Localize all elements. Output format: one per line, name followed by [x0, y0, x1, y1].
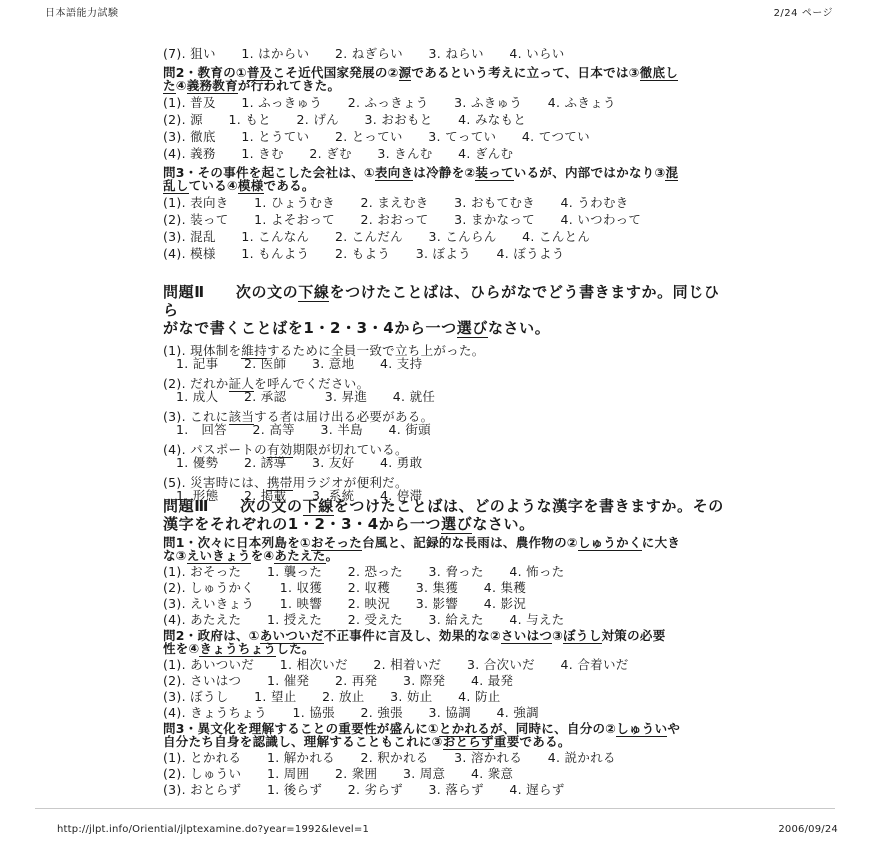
text-run: 問題Ⅱ 次の文の	[163, 283, 298, 301]
underlined-word: 装って	[475, 165, 513, 181]
underlined-word: 表向き	[375, 165, 413, 181]
text-run: 対策の必要	[602, 628, 666, 643]
footer-divider	[35, 808, 835, 809]
underlined-word: 徹底し	[640, 65, 678, 81]
text-run: や	[667, 721, 680, 736]
question-options-line: (2). しゅうい 1. 周囲 2. 衆囲 3. 周意 4. 衆意	[163, 767, 729, 780]
text-run: (1). とかれる 1. 解かれる 2. 釈かれる 3. 溶かれる 4. 説かれ…	[163, 750, 616, 765]
question-options-line: (3). おとらず 1. 後らず 2. 劣らず 3. 落らず 4. 遅らず	[163, 783, 729, 796]
text-run: がなで書くことばを1・2・3・4から一つ	[163, 319, 457, 337]
text-run: いるが、内部ではかなり③	[514, 165, 666, 180]
header-title: 日本語能力試験	[45, 4, 119, 19]
text-run: (3). 混乱 1. こんなん 2. こんだん 3. こんらん 4. こんとん	[163, 229, 590, 244]
underlined-word: しゅうかく	[578, 535, 642, 551]
text-run: (3). 徹底 1. とうてい 2. とってい 3. てってい 4. てつてい	[163, 129, 590, 144]
text-run: 。	[326, 548, 339, 563]
text-run: (2). 装って 1. よそおって 2. おおって 3. まかなって 4. いつ…	[163, 212, 641, 227]
question-options-line: (3). 徹底 1. とうてい 2. とってい 3. てってい 4. てつてい	[163, 130, 729, 143]
text-run: ④	[176, 78, 187, 93]
question-stem-line: 性を④きょうちょうした。	[163, 642, 729, 655]
text-run: (1). 普及 1. ふっきゅう 2. ふっきょう 3. ふきゅう 4. ふきょ…	[163, 95, 616, 110]
document-page: 日本語能力試験 2/24 ページ (7). 狙い 1. はからい 2. ねぎらい…	[0, 0, 870, 842]
question-options-line: (4). 義務 1. きむ 2. ぎむ 3. きんむ 4. ぎんむ	[163, 147, 729, 160]
text-run: (4). あたえた 1. 授えた 2. 受えた 3. 給えた 4. 与えた	[163, 612, 565, 627]
underlined-word: 下線	[298, 283, 329, 302]
section-heading: 漢字をそれぞれの1・2・3・4から一つ選びなさい。	[163, 515, 729, 533]
question-options-line: (4). きょうちょう 1. 協張 2. 強張 3. 協調 4. 強調	[163, 706, 729, 719]
text-run: (2). さいはつ 1. 催発 2. 再発 3. 際発 4. 最発	[163, 673, 513, 688]
text-run: (3). ぼうし 1. 望止 2. 放止 3. 妨止 4. 防止	[163, 689, 501, 704]
footer-date: 2006/09/24	[778, 824, 838, 835]
answer-options-line: 1. 優勢 2. 誘導 3. 友好 4. 勇敢	[163, 456, 729, 469]
text-run: に大き	[642, 535, 680, 550]
underlined-word: た	[163, 78, 176, 94]
underlined-word: 選び	[457, 319, 488, 338]
text-run: (1). 表向き 1. ひょうむき 2. まえむき 3. おもてむき 4. うわ…	[163, 195, 629, 210]
underlined-word: 選び	[441, 515, 472, 534]
question-stem-line: 乱している④模様である。	[163, 179, 729, 192]
text-run: 性を④	[163, 641, 199, 656]
section-mondai1-continued: (7). 狙い 1. はからい 2. ねぎらい 3. ねらい 4. いらい問2・…	[163, 43, 729, 260]
text-run: ている④	[189, 178, 238, 193]
section-heading: がなで書くことばを1・2・3・4から一つ選びなさい。	[163, 319, 729, 337]
text-run: 問題Ⅲ 次の文の	[163, 497, 303, 515]
answer-options-line: 1. 記事 2. 医師 3. 意地 4. 支持	[163, 357, 729, 370]
text-run: が行われてきた。	[238, 78, 340, 93]
text-run: 台風と、記録的な長雨は、農作物の②	[362, 535, 578, 550]
underlined-word: おとらず	[443, 734, 494, 750]
underlined-word: 混	[665, 165, 678, 181]
section-heading: 問題Ⅲ 次の文の下線をつけたことばは、どのような漢字を書きますか。その	[163, 497, 729, 515]
underlined-word: ぼうし	[563, 628, 601, 644]
section-mondai3: 問題Ⅲ 次の文の下線をつけたことばは、どのような漢字を書きますか。その漢字をそれ…	[163, 497, 729, 796]
text-run: 1. 記事 2. 医師 3. 意地 4. 支持	[176, 356, 422, 371]
text-run: な③	[163, 548, 187, 563]
text-run: (4). きょうちょう 1. 協張 2. 強張 3. 協調 4. 強調	[163, 705, 539, 720]
underlined-word: 源	[399, 65, 412, 81]
question-options-line: (1). とかれる 1. 解かれる 2. 釈かれる 3. 溶かれる 4. 説かれ…	[163, 751, 729, 764]
answer-options-line: 1. 成人 2. 承認 3. 昇進 4. 就任	[163, 390, 729, 403]
text-run: をつけたことばは、どのような漢字を書きますか。その	[334, 497, 724, 515]
text-run: した。	[276, 641, 314, 656]
text-run: 重要である。	[494, 734, 571, 749]
text-run: 1. 優勢 2. 誘導 3. 友好 4. 勇敢	[176, 455, 422, 470]
question-options-line: (7). 狙い 1. はからい 2. ねぎらい 3. ねらい 4. いらい	[163, 47, 729, 60]
header-page-number: 2/24 ページ	[774, 4, 833, 19]
question-stem-line: な③えいきょうを④あたえた。	[163, 549, 729, 562]
underlined-word: えいきょう	[187, 548, 251, 564]
text-run: なさい。	[488, 319, 550, 337]
underlined-word: 乱し	[163, 178, 189, 194]
text-run: 不正事件に言及し、効果的な②	[324, 628, 501, 643]
text-run: 1. 回答 2. 高等 3. 半島 4. 街頭	[176, 422, 431, 437]
text-run: は冷静を②	[413, 165, 475, 180]
text-run: (7). 狙い 1. はからい 2. ねぎらい 3. ねらい 4. いらい	[163, 46, 565, 61]
underlined-word: 下線	[303, 497, 334, 516]
question-options-line: (1). おそった 1. 襲った 2. 恐った 3. 脅った 4. 怖った	[163, 565, 729, 578]
section-heading: 問題Ⅱ 次の文の下線をつけたことばは、ひらがなでどう書きますか。同じひら	[163, 283, 729, 319]
text-run: (2). しゅうかく 1. 収獲 2. 収穫 3. 集獲 4. 集穫	[163, 580, 526, 595]
underlined-word: さいはつ	[501, 628, 552, 644]
text-run: (1). おそった 1. 襲った 2. 恐った 3. 脅った 4. 怖った	[163, 564, 565, 579]
footer-url: http://jlpt.info/Oriential/jlptexamine.d…	[57, 824, 369, 835]
text-run: を④	[251, 548, 275, 563]
question-options-line: (4). 模様 1. もんよう 2. もよう 3. ぼよう 4. ぼうよう	[163, 247, 729, 260]
text-run: 自分たち自身を認識し、理解することもこれに③	[163, 734, 443, 749]
question-options-line: (2). しゅうかく 1. 収獲 2. 収穫 3. 集獲 4. 集穫	[163, 581, 729, 594]
answer-options-line: 1. 回答 2. 高等 3. 半島 4. 街頭	[163, 423, 729, 436]
question-options-line: (1). あいついだ 1. 相次いだ 2. 相着いだ 3. 合次いだ 4. 合着…	[163, 658, 729, 671]
text-run: 漢字をそれぞれの1・2・3・4から一つ	[163, 515, 441, 533]
text-run: である。	[264, 178, 315, 193]
text-run: (2). しゅうい 1. 周囲 2. 衆囲 3. 周意 4. 衆意	[163, 766, 513, 781]
underlined-word: きょうちょう	[199, 641, 276, 657]
question-options-line: (3). ぼうし 1. 望止 2. 放止 3. 妨止 4. 防止	[163, 690, 729, 703]
text-run: (3). おとらず 1. 後らず 2. 劣らず 3. 落らず 4. 遅らず	[163, 782, 565, 797]
text-run: であるという考えに立って、日本では③	[411, 65, 639, 80]
underlined-word: 義務教育	[187, 78, 238, 94]
question-options-line: (1). 表向き 1. ひょうむき 2. まえむき 3. おもてむき 4. うわ…	[163, 196, 729, 209]
question-options-line: (2). 装って 1. よそおって 2. おおって 3. まかなって 4. いつ…	[163, 213, 729, 226]
text-run: (1). あいついだ 1. 相次いだ 2. 相着いだ 3. 合次いだ 4. 合着…	[163, 657, 629, 672]
question-options-line: (3). 混乱 1. こんなん 2. こんだん 3. こんらん 4. こんとん	[163, 230, 729, 243]
section-mondai2: 問題Ⅱ 次の文の下線をつけたことばは、ひらがなでどう書きますか。同じひらがなで書…	[163, 283, 729, 502]
question-options-line: (1). 普及 1. ふっきゅう 2. ふっきょう 3. ふきゅう 4. ふきょ…	[163, 96, 729, 109]
question-options-line: (3). えいきょう 1. 映響 2. 映況 3. 影響 4. 影況	[163, 597, 729, 610]
text-run: (4). 模様 1. もんよう 2. もよう 3. ぼよう 4. ぼうよう	[163, 246, 565, 261]
question-options-line: (4). あたえた 1. 授えた 2. 受えた 3. 給えた 4. 与えた	[163, 613, 729, 626]
question-options-line: (2). 源 1. もと 2. げん 3. おおもと 4. みなもと	[163, 113, 729, 126]
text-run: (4). 義務 1. きむ 2. ぎむ 3. きんむ 4. ぎんむ	[163, 146, 513, 161]
text-run: ③	[552, 628, 563, 643]
underlined-word: 模様	[238, 178, 264, 194]
question-options-line: (2). さいはつ 1. 催発 2. 再発 3. 際発 4. 最発	[163, 674, 729, 687]
text-run: (3). えいきょう 1. 映響 2. 映況 3. 影響 4. 影況	[163, 596, 526, 611]
text-run: 1. 成人 2. 承認 3. 昇進 4. 就任	[176, 389, 435, 404]
text-run: なさい。	[472, 515, 534, 533]
text-run: (2). 源 1. もと 2. げん 3. おおもと 4. みなもと	[163, 112, 526, 127]
underlined-word: あたえた	[274, 548, 325, 564]
underlined-word: しゅうい	[616, 721, 667, 737]
